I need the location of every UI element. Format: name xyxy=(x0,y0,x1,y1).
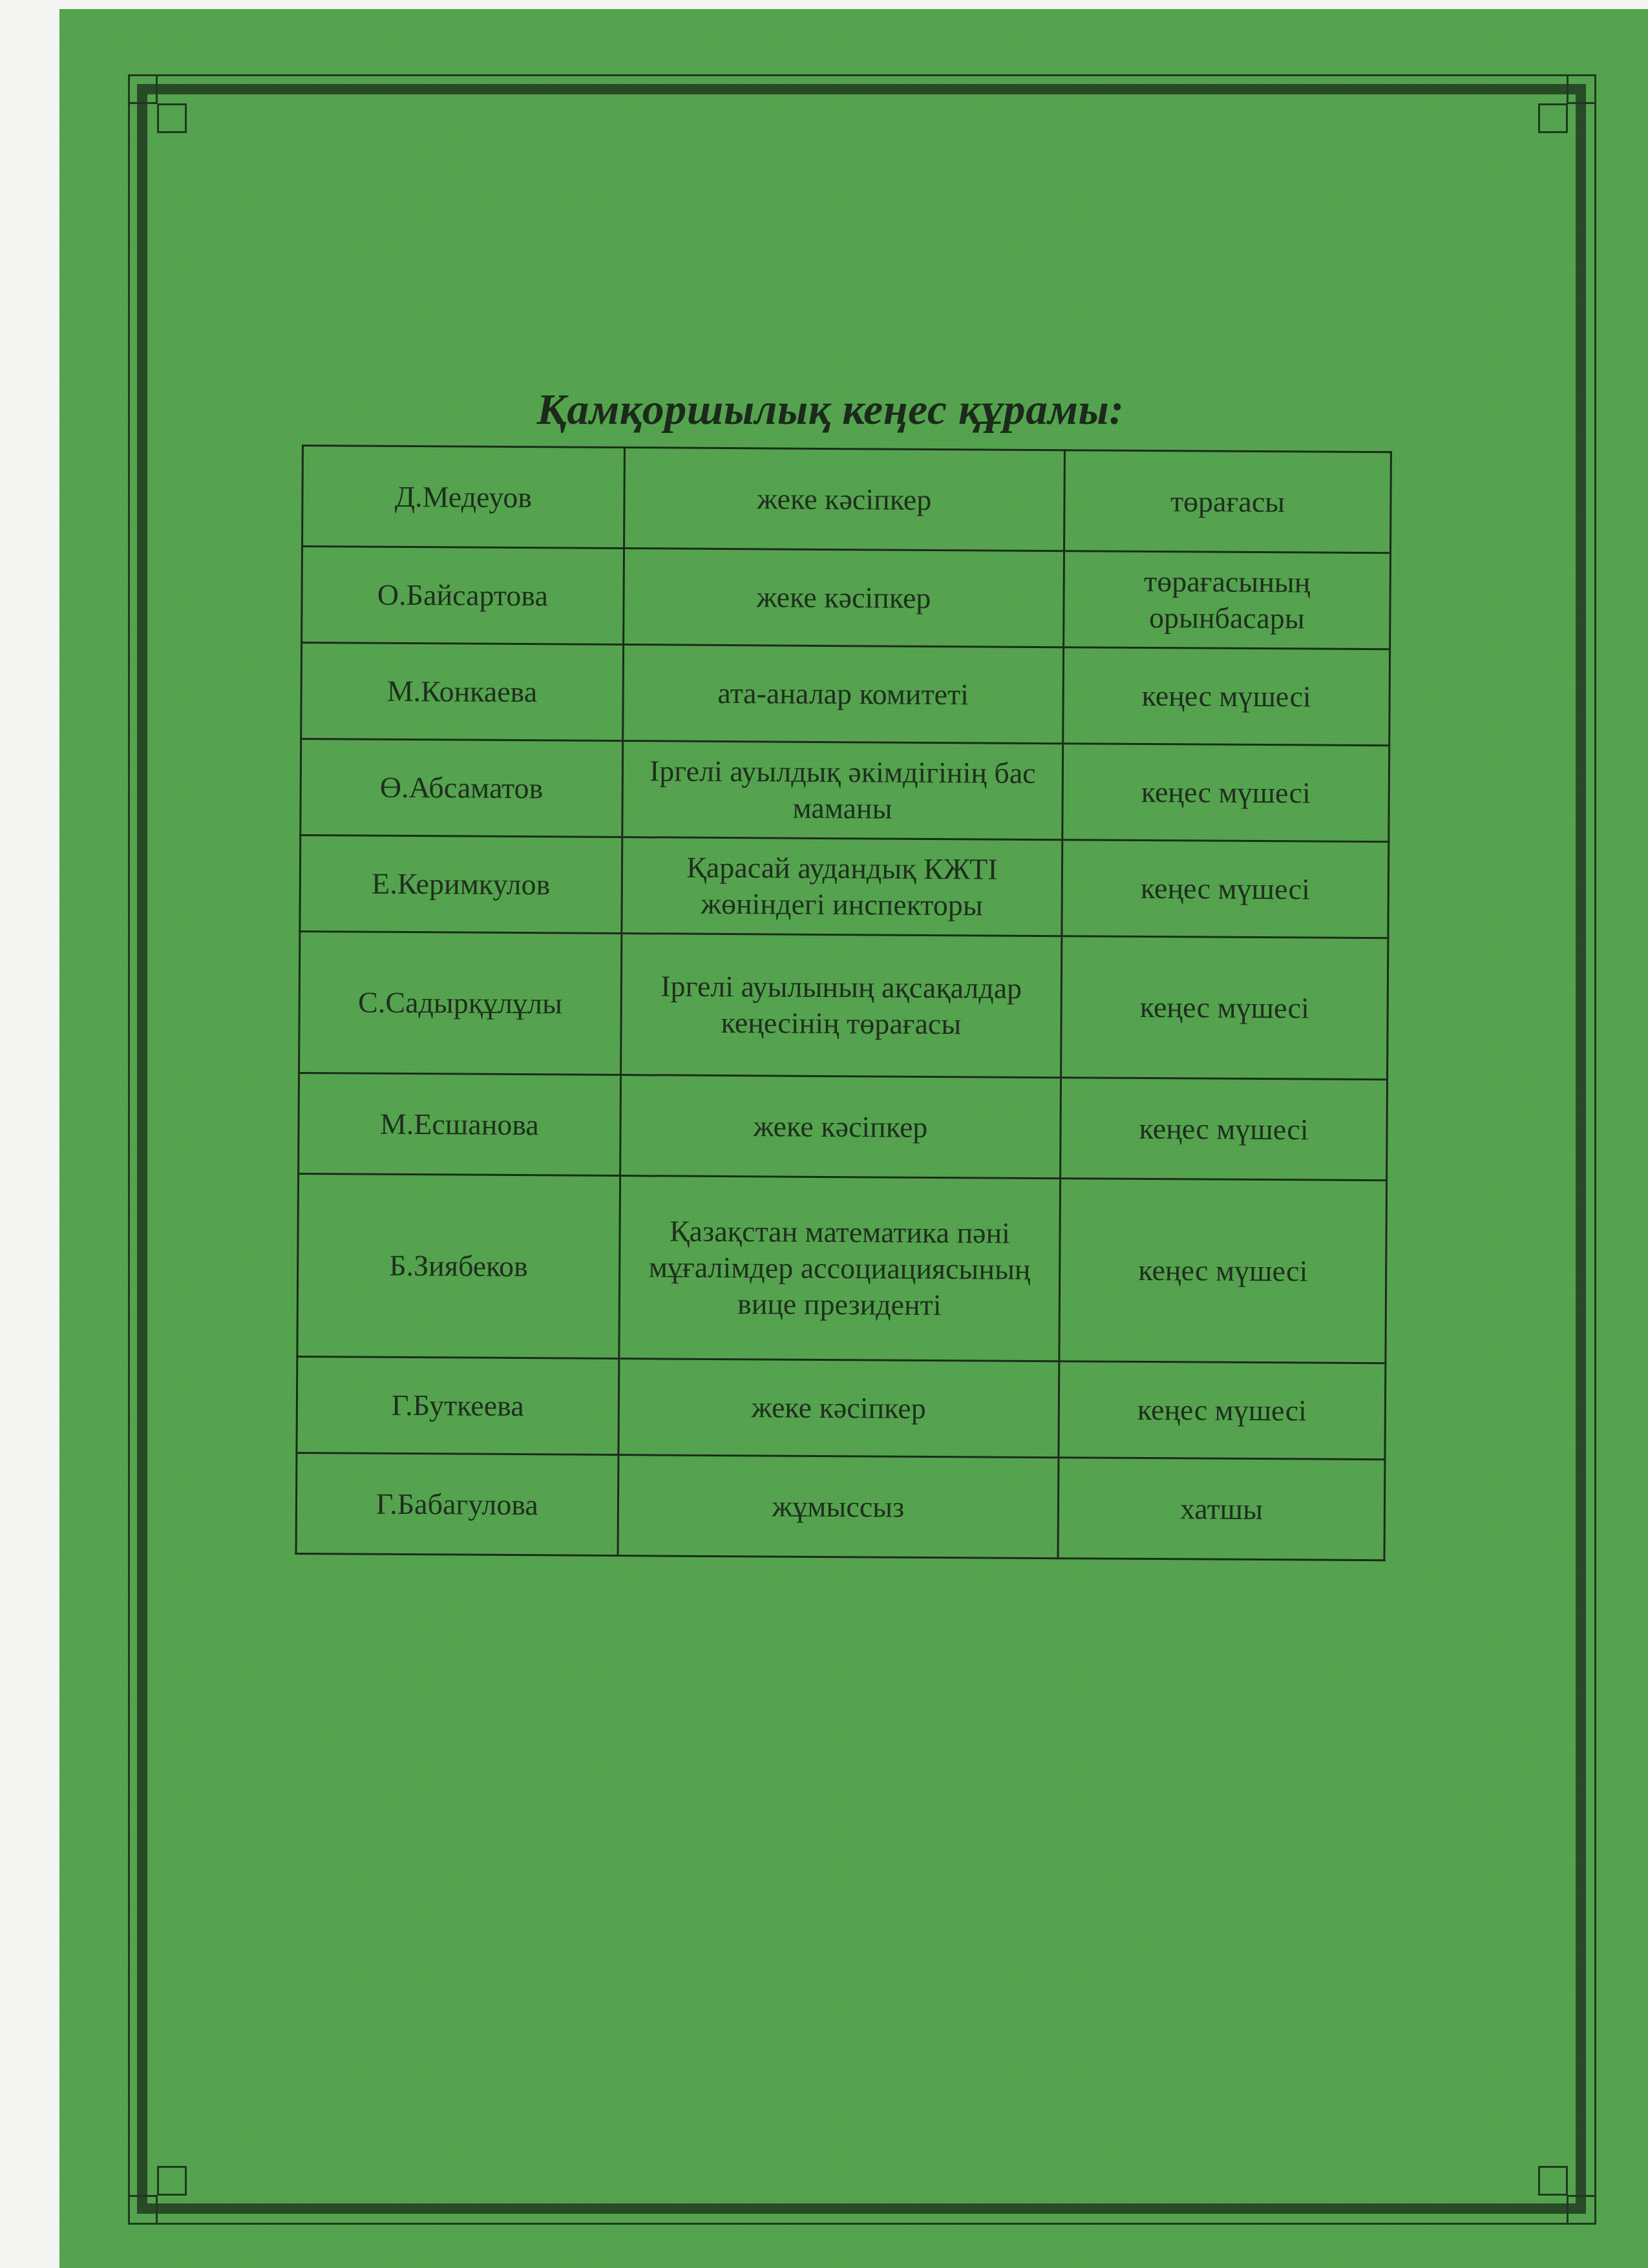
table-row: М.Есшанова жеке кәсіпкер кеңес мүшесі xyxy=(299,1073,1388,1180)
member-role-cell: кеңес мүшесі xyxy=(1059,1179,1387,1363)
member-organization-cell: жұмыссыз xyxy=(618,1455,1059,1559)
member-name-cell: О.Байсартова xyxy=(302,547,624,645)
member-role-cell: кеңес мүшесі xyxy=(1059,1361,1386,1460)
corner-ornament-top-right xyxy=(1567,74,1596,104)
member-organization-cell: жеке кәсіпкер xyxy=(624,448,1064,551)
corner-ornament-top-left-inner xyxy=(157,103,187,133)
table-row: С.Садырқұлұлы Іргелі ауылының ақсақалдар… xyxy=(299,931,1388,1079)
member-role-cell: хатшы xyxy=(1058,1458,1385,1560)
member-role-cell: кеңес мүшесі xyxy=(1062,744,1389,842)
member-name-cell: Ө.Абсаматов xyxy=(301,739,623,837)
member-name-cell: М.Конкаева xyxy=(301,643,624,741)
member-organization-cell: Қарасай аудандық КЖТІ жөніндегі инспекто… xyxy=(622,837,1062,936)
corner-ornament-bottom-left xyxy=(128,2195,158,2225)
member-name-cell: Г.Буткеева xyxy=(297,1356,619,1454)
table-row: Ө.Абсаматов Іргелі ауылдық әкімдігінің б… xyxy=(301,739,1389,842)
corner-ornament-bottom-left-inner xyxy=(157,2166,187,2196)
member-role-cell: кеңес мүшесі xyxy=(1061,1078,1388,1181)
corner-ornament-bottom-right-inner xyxy=(1538,2166,1568,2196)
member-organization-cell: жеке кәсіпкер xyxy=(618,1359,1059,1458)
corner-ornament-top-left xyxy=(128,74,158,104)
table-row: Е.Керимкулов Қарасай аудандық КЖТІ жөнін… xyxy=(300,835,1389,938)
table-row: Г.Бабагулова жұмыссыз хатшы xyxy=(296,1453,1385,1560)
member-name-cell: Б.Зиябеков xyxy=(297,1173,620,1358)
member-name-cell: Д.Медеуов xyxy=(302,446,625,549)
board-members-table: Д.Медеуов жеке кәсіпкер төрағасы О.Байса… xyxy=(295,445,1392,1561)
table-row: О.Байсартова жеке кәсіпкер төрағасының о… xyxy=(302,547,1391,649)
corner-ornament-top-right-inner xyxy=(1538,103,1568,133)
table-row: Д.Медеуов жеке кәсіпкер төрағасы xyxy=(302,446,1391,553)
member-role-cell: кеңес мүшесі xyxy=(1063,647,1390,746)
member-organization-cell: ата-аналар комитеті xyxy=(622,645,1063,744)
page-title: Қамқоршылық кеңес құрамы: xyxy=(0,384,1648,435)
member-organization-cell: жеке кәсіпкер xyxy=(623,549,1064,647)
member-organization-cell: Қазақстан математика пәні мұғалімдер асс… xyxy=(619,1176,1061,1361)
table-row: М.Конкаева ата-аналар комитеті кеңес мүш… xyxy=(301,643,1390,746)
table-row: Г.Буткеева жеке кәсіпкер кеңес мүшесі xyxy=(297,1356,1386,1459)
member-organization-cell: жеке кәсіпкер xyxy=(620,1075,1061,1179)
corner-ornament-bottom-right xyxy=(1567,2195,1596,2225)
member-name-cell: С.Садырқұлұлы xyxy=(299,931,622,1075)
member-role-cell: төрағасы xyxy=(1064,450,1391,553)
table-row: Б.Зиябеков Қазақстан математика пәні мұғ… xyxy=(297,1173,1387,1363)
member-role-cell: төрағасының орынбасары xyxy=(1064,551,1391,649)
member-name-cell: Г.Бабагулова xyxy=(296,1453,618,1555)
member-role-cell: кеңес мүшесі xyxy=(1061,936,1388,1080)
member-organization-cell: Іргелі ауылының ақсақалдар кеңесінің төр… xyxy=(620,934,1062,1078)
member-role-cell: кеңес мүшесі xyxy=(1062,840,1389,938)
member-name-cell: Е.Керимкулов xyxy=(300,835,622,933)
member-organization-cell: Іргелі ауылдық әкімдігінің бас маманы xyxy=(622,741,1063,840)
member-name-cell: М.Есшанова xyxy=(299,1073,621,1175)
